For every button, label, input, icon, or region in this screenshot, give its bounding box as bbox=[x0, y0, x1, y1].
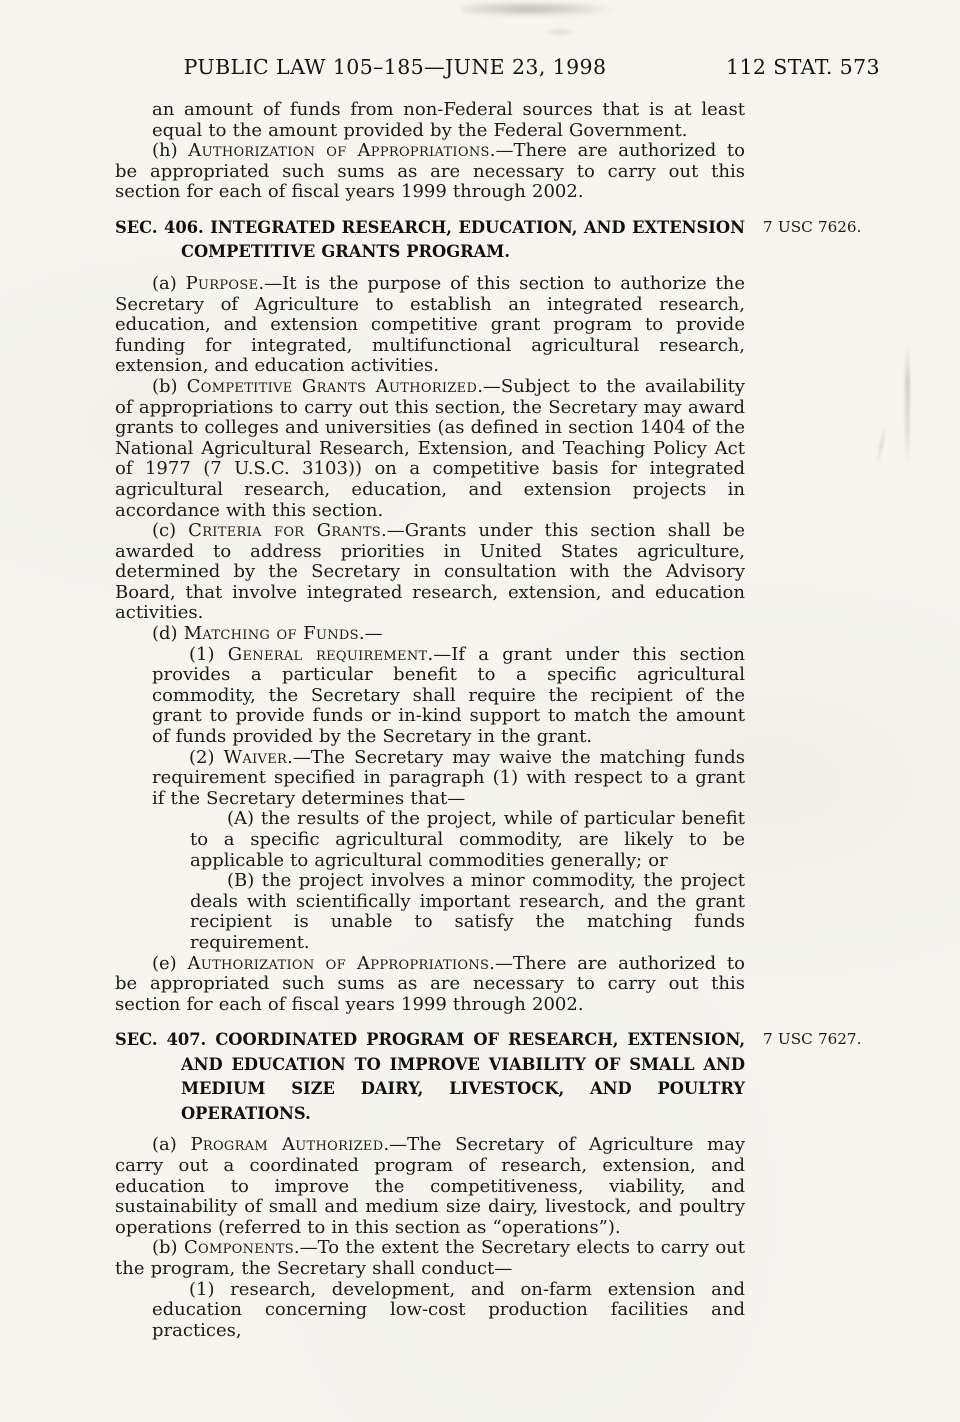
margin-note-7usc7626: 7 USC 7626. bbox=[763, 218, 938, 236]
subparagraph-406d2B: (B) the project involves a minor commodi… bbox=[190, 871, 745, 953]
document-body: an amount of funds from non-Federal sour… bbox=[115, 100, 745, 1341]
subsection-406b: (b) Competitive Grants Authorized.—Subje… bbox=[115, 377, 745, 521]
section-title: INTEGRATED RESEARCH, EDUCATION, AND EXTE… bbox=[181, 218, 745, 262]
paragraph-heading: Waiver bbox=[224, 747, 288, 768]
scan-streak-right bbox=[905, 345, 910, 465]
paragraph-text: .—Subject to the availability of appropr… bbox=[115, 376, 745, 521]
subsection-label: (c) bbox=[152, 520, 188, 541]
subsection-heading: Authorization of Appropriations bbox=[188, 140, 489, 161]
subsection-heading: Program Authorized bbox=[190, 1134, 383, 1155]
subsection-heading: Matching of Funds bbox=[184, 623, 359, 644]
paragraph-heading: General requirement bbox=[228, 644, 428, 665]
subsection-heading: Competitive Grants Authorized bbox=[187, 376, 477, 397]
paragraph-406d2: (2) Waiver.—The Secretary may waive the … bbox=[152, 748, 745, 810]
section-number: SEC. 407. bbox=[115, 1030, 206, 1049]
subsection-406d: (d) Matching of Funds.— bbox=[115, 624, 745, 645]
section-406-heading: 7 USC 7626.SEC. 406. INTEGRATED RESEARCH… bbox=[115, 216, 745, 265]
subsection-406c: (c) Criteria for Grants.—Grants under th… bbox=[115, 521, 745, 624]
subsection-label: (a) bbox=[152, 273, 186, 294]
subsection-407b: (b) Components.—To the extent the Secret… bbox=[115, 1238, 745, 1279]
subsection-label: (b) bbox=[152, 376, 187, 397]
section-number: SEC. 406. bbox=[115, 218, 204, 237]
paragraph-text: (1) research, development, and on-farm e… bbox=[152, 1279, 745, 1341]
scan-smudge-small bbox=[540, 28, 580, 36]
subparagraph-406d2A: (A) the results of the project, while of… bbox=[190, 809, 745, 871]
paragraph-text: an amount of funds from non-Federal sour… bbox=[152, 99, 745, 141]
section-title: COORDINATED PROGRAM OF RESEARCH, EXTENSI… bbox=[181, 1030, 745, 1123]
paragraph-text: (B) the project involves a minor commodi… bbox=[190, 870, 745, 953]
scan-streak-right-2 bbox=[876, 425, 887, 465]
paragraph-label: (1) bbox=[189, 644, 228, 665]
subsection-h: (h) Authorization of Appropriations.—The… bbox=[115, 141, 745, 203]
running-head: PUBLIC LAW 105–185—JUNE 23, 1998 bbox=[115, 55, 675, 79]
subsection-heading: Purpose bbox=[186, 273, 259, 294]
subsection-heading: Criteria for Grants bbox=[188, 520, 381, 541]
paragraph-text: (A) the results of the project, while of… bbox=[190, 808, 745, 870]
subsection-label: (b) bbox=[152, 1237, 184, 1258]
paragraph-text: .— bbox=[359, 623, 383, 644]
scan-smudge-top bbox=[462, 2, 612, 16]
paragraph-label: (2) bbox=[189, 747, 224, 768]
subsection-label: (h) bbox=[152, 140, 188, 161]
subsection-407a: (a) Program Authorized.—The Secretary of… bbox=[115, 1135, 745, 1238]
subsection-heading: Authorization of Appropriations bbox=[188, 953, 490, 974]
continuation-paragraph: an amount of funds from non-Federal sour… bbox=[152, 100, 745, 141]
stat-citation: 112 STAT. 573 bbox=[726, 55, 880, 79]
subsection-406a: (a) Purpose.—It is the purpose of this s… bbox=[115, 274, 745, 377]
subsection-406e: (e) Authorization of Appropriations.—The… bbox=[115, 954, 745, 1016]
subsection-heading: Components bbox=[184, 1237, 294, 1258]
margin-note-7usc7627: 7 USC 7627. bbox=[763, 1030, 938, 1048]
subsection-label: (a) bbox=[152, 1134, 190, 1155]
paragraph-407b1: (1) research, development, and on-farm e… bbox=[152, 1280, 745, 1342]
subsection-label: (d) bbox=[152, 623, 184, 644]
section-407-heading: 7 USC 7627.SEC. 407. COORDINATED PROGRAM… bbox=[115, 1028, 745, 1126]
statute-page-scan: PUBLIC LAW 105–185—JUNE 23, 1998 112 STA… bbox=[0, 0, 960, 1422]
paragraph-406d1: (1) General requirement.—If a grant unde… bbox=[152, 645, 745, 748]
subsection-label: (e) bbox=[152, 953, 188, 974]
